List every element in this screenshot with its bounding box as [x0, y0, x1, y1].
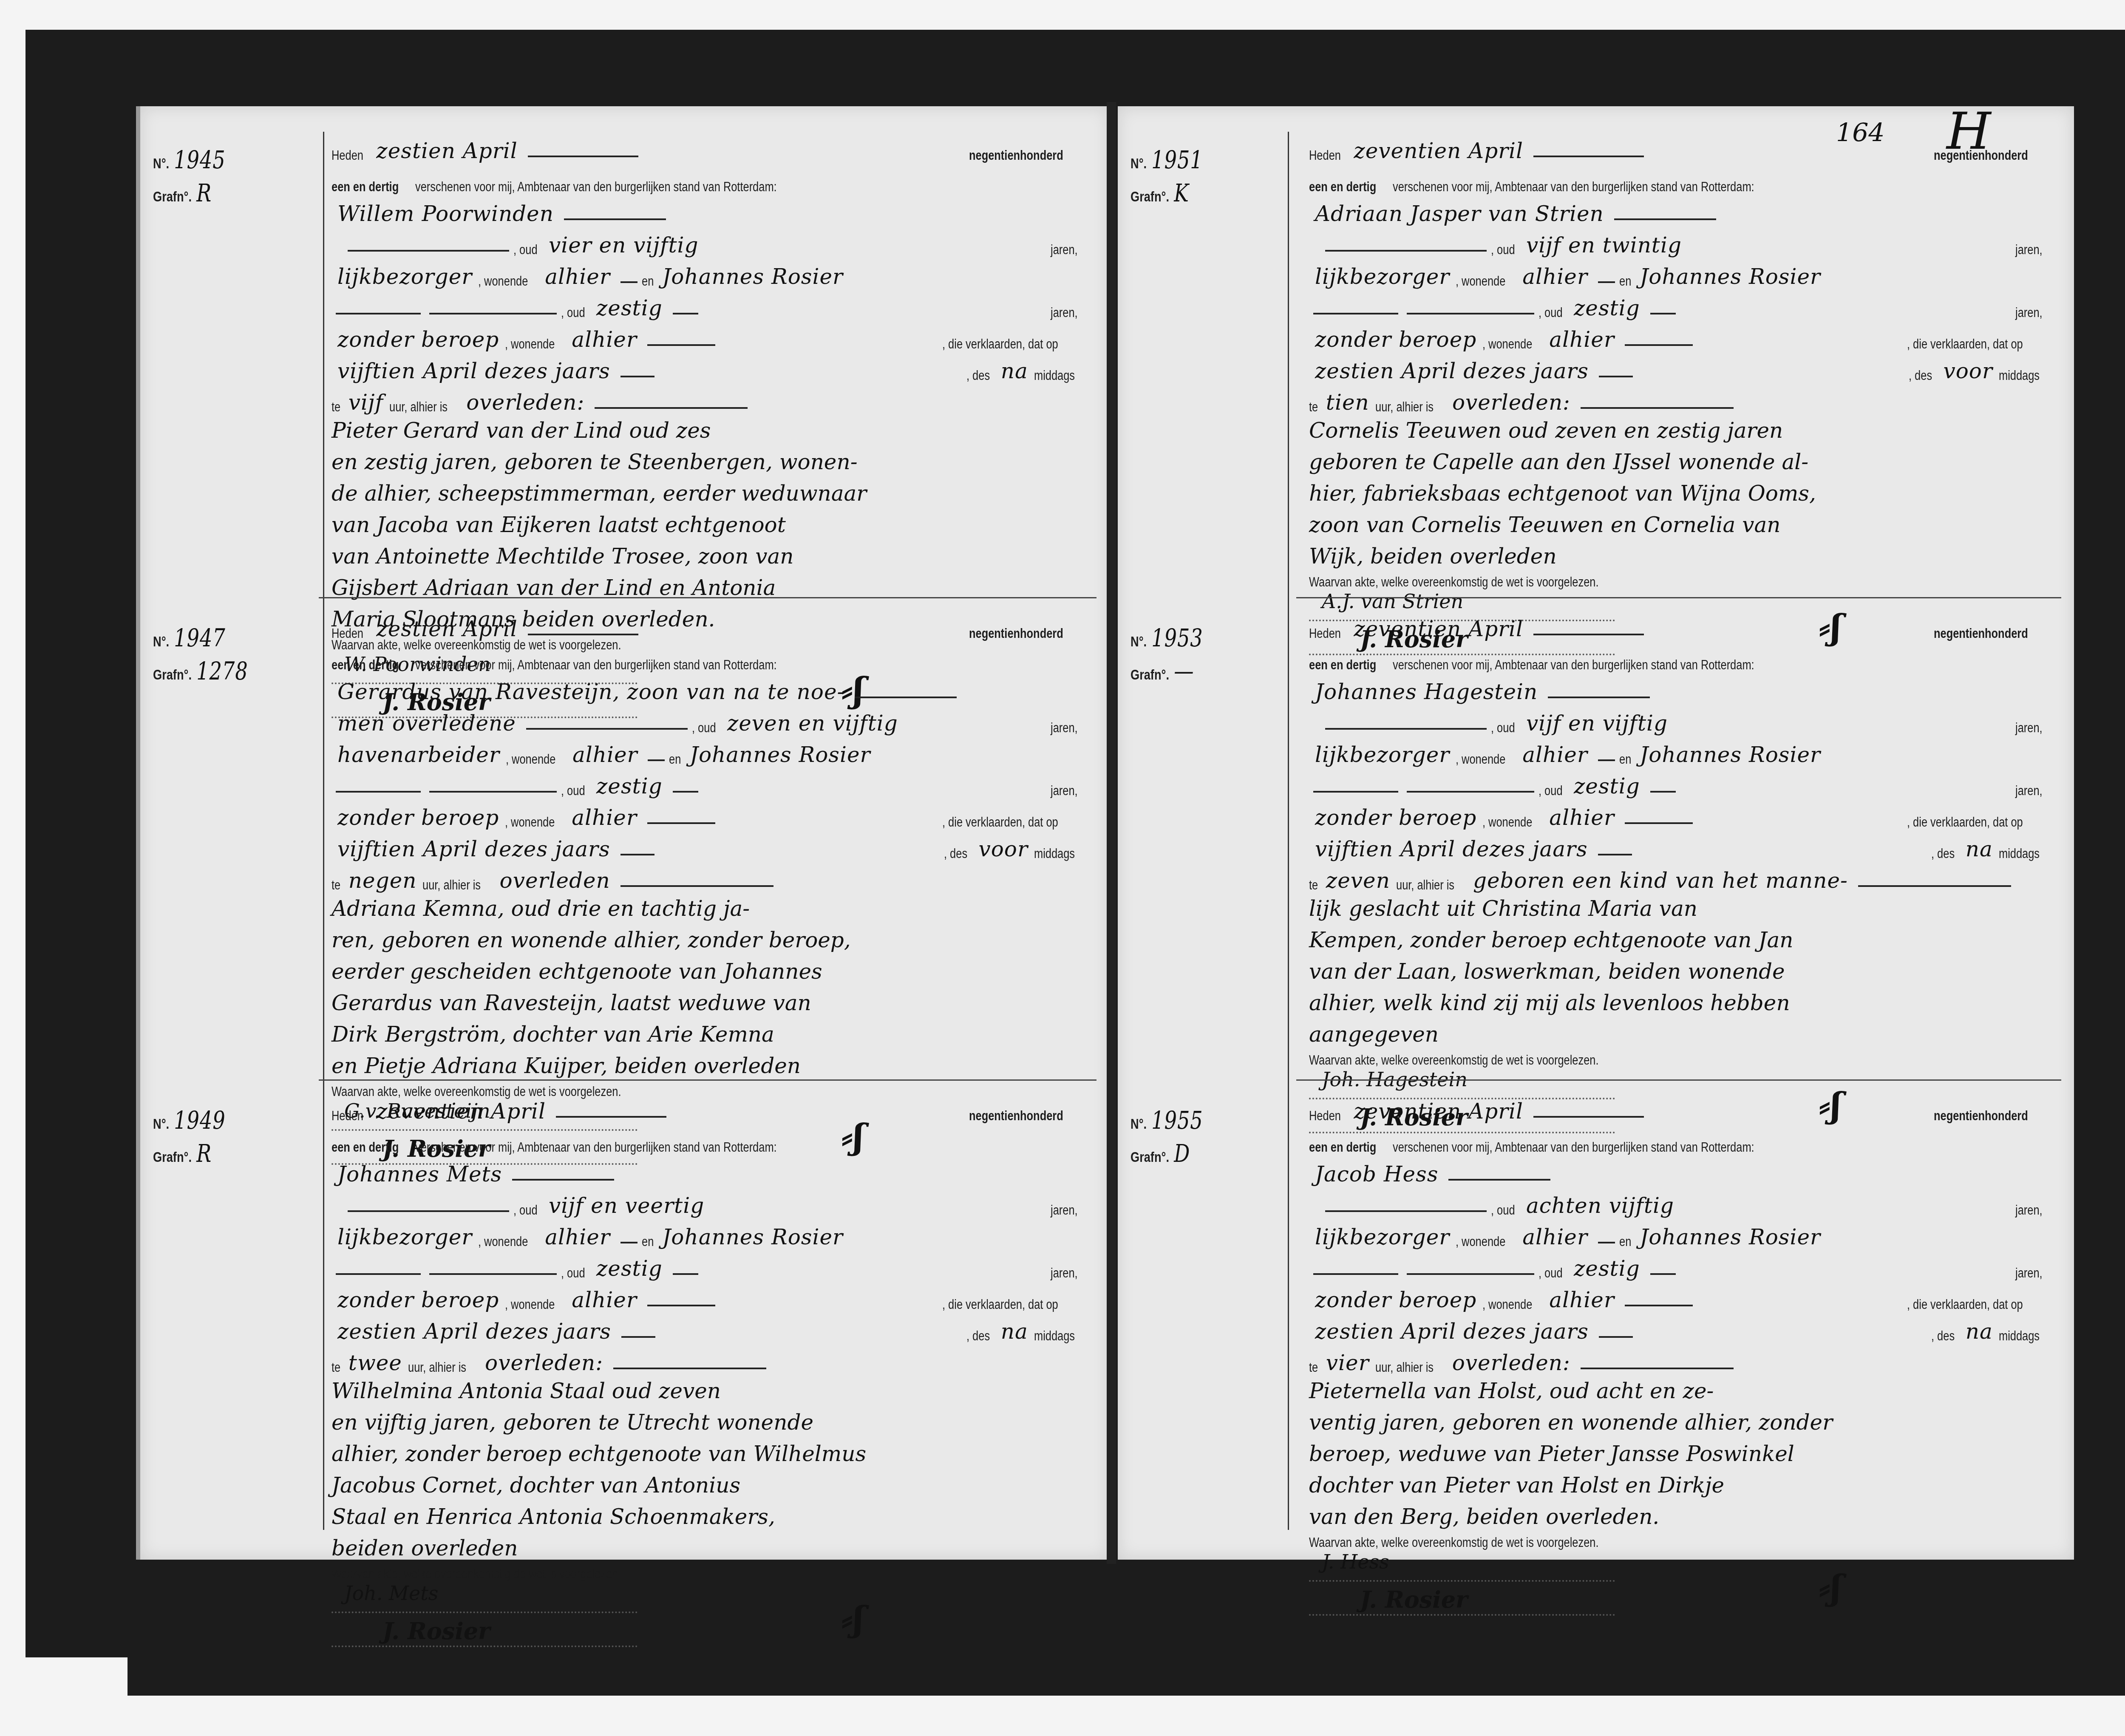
declarant1-residence: alhier	[1522, 742, 1588, 767]
declarant1-occupation: havenarbeider	[337, 742, 500, 767]
label-heden: Heden	[331, 1108, 363, 1124]
hour: vier	[1326, 1351, 1369, 1375]
declarant2-residence: alhier	[572, 1288, 637, 1312]
declarant2-occupation: zonder beroep	[337, 805, 499, 830]
label-year: negentienhonderd	[1934, 148, 2028, 163]
deceased-text-line: Cornelis Teeuwen oud zeven en zestig jar…	[1309, 415, 2048, 446]
entry-number: N°.1949	[153, 1106, 226, 1135]
death-certificate-entry: N°.1949 Grafn°.R Hedenzeventien Aprilneg…	[153, 1092, 1096, 1534]
label-appeared: verschenen voor mij, Ambtenaar van den b…	[415, 1140, 777, 1155]
hour: vijf	[348, 390, 383, 415]
declarant2-residence: alhier	[572, 327, 637, 352]
deceased-text-line: Wilhelmina Antonia Staal oud zeven	[331, 1375, 1084, 1407]
event-date: zestien April dezes jaars	[337, 1319, 611, 1344]
declarant2-signature: J. Rosier	[382, 1617, 490, 1645]
declarant1-name: Johannes Mets	[337, 1162, 502, 1187]
declarant1-signature: A.J. van Strien	[1322, 590, 1463, 613]
death-certificate-entry: N°.1951 Grafn°.K Hedenzeventien Aprilneg…	[1130, 132, 2061, 574]
label-heden: Heden	[331, 148, 363, 163]
event-date: vijftien April dezes jaars	[337, 359, 610, 383]
declarant1-occupation: lijkbezorger	[1315, 1225, 1450, 1249]
deceased-text-line: Wijk, beiden overleden	[1309, 541, 2048, 572]
label-heden: Heden	[331, 626, 363, 641]
deceased-text-line: dochter van Pieter van Holst en Dirkje	[1309, 1470, 2048, 1501]
deceased-text-line: Pieternella van Holst, oud acht en ze-	[1309, 1375, 2048, 1407]
event-date: zestien April dezes jaars	[1315, 359, 1589, 383]
deceased-text-line: de alhier, scheepstimmerman, eerder wedu…	[331, 478, 1084, 509]
death-certificate-entry: N°.1945 Grafn°.R Hedenzestien Aprilnegen…	[153, 132, 1096, 574]
time-of-day: voor	[1943, 359, 1992, 383]
deceased-text-line: alhier, welk kind zij mij als levenloos …	[1309, 987, 2048, 1019]
declarant2-name: Johannes Rosier	[1640, 1225, 1821, 1249]
declarant1-name: Johannes Hagestein	[1315, 680, 1538, 704]
deceased-text-line: Jacobus Cornet, dochter van Antonius	[331, 1470, 1084, 1501]
event-date: zestien April dezes jaars	[1315, 1319, 1589, 1344]
death-certificate-entry: N°.1953 Grafn°.— Hedenzeventien Aprilneg…	[1130, 610, 2061, 1052]
declarant1-age: vijf en veertig	[549, 1193, 704, 1218]
grave-number: Grafn°.D	[1130, 1139, 1190, 1168]
deceased-text-line: en Pietje Adriana Kuijper, beiden overle…	[331, 1050, 1084, 1082]
deceased-text-line: alhier, zonder beroep echtgenoote van Wi…	[331, 1438, 1084, 1470]
label-heden: Heden	[1309, 1108, 1341, 1124]
declarant1-residence: alhier	[572, 742, 638, 767]
entry-body: Hedenzeventien Aprilnegentienhonderd een…	[1309, 1092, 2048, 1635]
declarant2-residence: alhier	[1549, 1288, 1615, 1312]
label-year-cont: een en dertig	[1309, 1140, 1376, 1155]
declarant2-residence: alhier	[1549, 327, 1615, 352]
declarant1-residence: alhier	[545, 264, 610, 289]
deceased-text-line: Adriana Kemna, oud drie en tachtig ja-	[331, 893, 1084, 924]
entry-separator	[1296, 597, 2061, 598]
grave-number: Grafn°.K	[1130, 178, 1189, 207]
declarant2-name: Johannes Rosier	[662, 1225, 843, 1249]
declarant2-signature: J. Rosier	[1360, 1586, 1468, 1613]
entry-number: N°.1947	[153, 623, 226, 652]
signatures: J. Hess J. Rosier ⸗ʃ	[1309, 1550, 2048, 1635]
declarant1-name: Adriaan Jasper van Strien	[1315, 201, 1604, 226]
declarant2-residence: alhier	[1549, 805, 1615, 830]
date-day-month: zestien April	[376, 139, 517, 163]
time-of-day: na	[1001, 1319, 1028, 1344]
hour: twee	[348, 1351, 402, 1375]
entry-number: N°.1955	[1130, 1106, 1203, 1135]
entry-body: Hedenzeventien Aprilnegentienhonderd een…	[1309, 610, 2048, 1153]
declarant1-occupation: lijkbezorger	[337, 264, 472, 289]
label-appeared: verschenen voor mij, Ambtenaar van den b…	[415, 657, 777, 673]
declarant1-age: achten vijftig	[1526, 1193, 1674, 1218]
time-of-day: voor	[978, 837, 1028, 861]
registrar-signature-icon: ⸗ʃ	[1819, 1567, 1842, 1608]
grave-number: Grafn°.—	[1130, 657, 1194, 685]
deceased-text-line: van Jacoba van Eijkeren laatst echtgenoo…	[331, 509, 1084, 541]
deceased-text-line: en zestig jaren, geboren te Steenbergen,…	[331, 446, 1084, 478]
label-heden: Heden	[1309, 148, 1341, 163]
time-of-day: na	[1966, 837, 1993, 861]
deceased-text-line: Gijsbert Adriaan van der Lind en Antonia	[331, 572, 1084, 603]
declarant2-name: Johannes Rosier	[1640, 264, 1821, 289]
entry-body: Hedenzeventien Aprilnegentienhonderd een…	[331, 1092, 1084, 1667]
declarant1-residence: alhier	[545, 1225, 610, 1249]
entry-number: N°.1945	[153, 145, 226, 174]
deceased-text-line: en vijftig jaren, geboren te Utrecht won…	[331, 1407, 1084, 1438]
left-page: N°.1945 Grafn°.R Hedenzestien Aprilnegen…	[140, 106, 1109, 1560]
date-day-month: zeventien April	[1354, 1099, 1523, 1124]
deceased-text-line: van der Laan, loswerkman, beiden wonende	[1309, 956, 2048, 987]
entry-body: Hedenzeventien Aprilnegentienhonderd een…	[1309, 132, 2048, 675]
event-word: overleden:	[1452, 390, 1570, 415]
grave-number: Grafn°.R	[153, 1139, 212, 1168]
closing-formula: Waarvan akte, welke overeenkomstig de we…	[1309, 1053, 1599, 1068]
signatures: Joh. Mets J. Rosier ⸗ʃ	[331, 1582, 1084, 1667]
label-year-cont: een en dertig	[331, 179, 399, 195]
event-word: geboren een kind van het manne-	[1473, 868, 1848, 893]
declarant1-residence: alhier	[1522, 264, 1588, 289]
date-day-month: zeventien April	[1354, 617, 1523, 641]
label-year-cont: een en dertig	[331, 657, 399, 673]
entry-number: N°.1951	[1130, 145, 1203, 174]
event-word: overleden	[500, 868, 610, 893]
deceased-details: lijk geslacht uit Christina Maria vanKem…	[1309, 893, 2048, 1050]
deceased-text-line: hier, fabrieksbaas echtgenoot van Wijna …	[1309, 478, 2048, 509]
entry-separator	[1296, 1079, 2061, 1081]
deceased-text-line: Kempen, zonder beroep echtgenoote van Ja…	[1309, 924, 2048, 956]
deceased-text-line: lijk geslacht uit Christina Maria van	[1309, 893, 2048, 924]
event-word: overleden:	[485, 1351, 603, 1375]
label-appeared: verschenen voor mij, Ambtenaar van den b…	[1393, 657, 1754, 673]
label-appeared: verschenen voor mij, Ambtenaar van den b…	[1393, 179, 1754, 195]
deceased-text-line: Staal en Henrica Antonia Schoenmakers,	[331, 1501, 1084, 1532]
entry-number: N°.1953	[1130, 623, 1203, 652]
book-spine	[1107, 102, 1116, 1564]
event-date: vijftien April dezes jaars	[1315, 837, 1588, 861]
label-year-cont: een en dertig	[1309, 657, 1376, 673]
death-certificate-entry: N°.1947 Grafn°.1278 Hedenzestien Aprilne…	[153, 610, 1096, 1052]
declarant2-age: zestig	[1574, 296, 1640, 320]
closing-formula: Waarvan akte, welke overeenkomstig de we…	[331, 1566, 621, 1582]
declarant2-residence: alhier	[572, 805, 637, 830]
declarant1-age: vijf en twintig	[1526, 233, 1682, 258]
declarant1-name: Gerardus van Ravesteijn, zoon van na te …	[337, 680, 844, 704]
event-word: overleden:	[466, 390, 584, 415]
declarant1-name: Willem Poorwinden	[337, 201, 554, 226]
declarant2-age: zestig	[1574, 1256, 1640, 1281]
declarant1-occupation: lijkbezorger	[1315, 264, 1450, 289]
deceased-details: Wilhelmina Antonia Staal oud zevenen vij…	[331, 1375, 1084, 1564]
hour: tien	[1326, 390, 1369, 415]
declarant1-age: vijf en vijftig	[1526, 711, 1668, 736]
declarant2-age: zestig	[596, 296, 663, 320]
declarant1-age: zeven en vijftig	[727, 711, 898, 736]
deceased-text-line: ren, geboren en wonende alhier, zonder b…	[331, 924, 1084, 956]
label-year: negentienhonderd	[969, 1108, 1063, 1124]
declarant1-signature: J. Hess	[1322, 1550, 1389, 1573]
declarant2-occupation: zonder beroep	[337, 327, 499, 352]
deceased-text-line: Dirk Bergström, dochter van Arie Kemna	[331, 1019, 1084, 1050]
closing-formula: Waarvan akte, welke overeenkomstig de we…	[1309, 1535, 1599, 1550]
deceased-text-line: Gerardus van Ravesteijn, laatst weduwe v…	[331, 987, 1084, 1019]
deceased-text-line: van Antoinette Mechtilde Trosee, zoon va…	[331, 541, 1084, 572]
label-heden: Heden	[1309, 626, 1341, 641]
deceased-details: Adriana Kemna, oud drie en tachtig ja-re…	[331, 893, 1084, 1082]
declarant2-name: Johannes Rosier	[690, 742, 871, 767]
deceased-text-line: beroep, weduwe van Pieter Jansse Poswink…	[1309, 1438, 2048, 1470]
event-word: overleden:	[1452, 1351, 1570, 1375]
hour: zeven	[1326, 868, 1390, 893]
grave-number: Grafn°.R	[153, 178, 212, 207]
declarant1-signature: Joh. Mets	[344, 1582, 438, 1605]
right-page: 164 H N°.1951 Grafn°.K Hedenzeventien Ap…	[1118, 106, 2074, 1560]
registrar-signature-icon: ⸗ʃ	[841, 1599, 864, 1639]
deceased-text-line: ventig jaren, geboren en wonende alhier,…	[1309, 1407, 2048, 1438]
label-year: negentienhonderd	[1934, 1108, 2028, 1124]
declarant2-age: zestig	[1574, 774, 1640, 799]
deceased-text-line: beiden overleden	[331, 1532, 1084, 1564]
declarant2-occupation: zonder beroep	[1315, 1288, 1476, 1312]
deceased-text-line: eerder gescheiden echtgenoote van Johann…	[331, 956, 1084, 987]
deceased-text-line: zoon van Cornelis Teeuwen en Cornelia va…	[1309, 509, 2048, 541]
label-year: negentienhonderd	[969, 148, 1063, 163]
deceased-text-line: van den Berg, beiden overleden.	[1309, 1501, 2048, 1532]
declarant1-residence: alhier	[1522, 1225, 1588, 1249]
label-year-cont: een en dertig	[1309, 179, 1376, 195]
time-of-day: na	[1001, 359, 1028, 383]
time-of-day: na	[1966, 1319, 1993, 1344]
declarant2-age: zestig	[596, 774, 663, 799]
label-appeared: verschenen voor mij, Ambtenaar van den b…	[415, 179, 777, 195]
declarant2-occupation: zonder beroep	[337, 1288, 499, 1312]
declarant2-name: Johannes Rosier	[662, 264, 843, 289]
declarant2-occupation: zonder beroep	[1315, 805, 1476, 830]
label-year: negentienhonderd	[969, 626, 1063, 641]
deceased-text-line: aangegeven	[1309, 1019, 2048, 1050]
deceased-text-line: geboren te Capelle aan den IJssel wonend…	[1309, 446, 2048, 478]
date-day-month: zeventien April	[1354, 139, 1523, 163]
entry-separator	[319, 597, 1096, 598]
deceased-details: Pieter Gerard van der Lind oud zesen zes…	[331, 415, 1084, 635]
closing-formula: Waarvan akte, welke overeenkomstig de we…	[1309, 575, 1599, 590]
declarant1-name-cont: men overledene	[337, 711, 516, 736]
declarant2-name: Johannes Rosier	[1640, 742, 1821, 767]
date-day-month: zeventien April	[376, 1099, 546, 1124]
declarant1-occupation: lijkbezorger	[1315, 742, 1450, 767]
deceased-details: Pieternella van Holst, oud acht en ze-ve…	[1309, 1375, 2048, 1532]
deceased-details: Cornelis Teeuwen oud zeven en zestig jar…	[1309, 415, 2048, 572]
declarant1-occupation: lijkbezorger	[337, 1225, 472, 1249]
grave-number: Grafn°.1278	[153, 657, 248, 685]
declarant2-occupation: zonder beroep	[1315, 327, 1476, 352]
label-appeared: verschenen voor mij, Ambtenaar van den b…	[1393, 1140, 1754, 1155]
entry-separator	[319, 1079, 1096, 1081]
date-day-month: zestien April	[376, 617, 517, 641]
hour: negen	[348, 868, 417, 893]
label-year: negentienhonderd	[1934, 626, 2028, 641]
declarant2-age: zestig	[596, 1256, 663, 1281]
event-date: vijftien April dezes jaars	[337, 837, 610, 861]
declarant1-age: vier en vijftig	[549, 233, 699, 258]
declarant1-name: Jacob Hess	[1315, 1162, 1438, 1187]
label-year-cont: een en dertig	[331, 1140, 399, 1155]
death-certificate-entry: N°.1955 Grafn°.D Hedenzeventien Aprilneg…	[1130, 1092, 2061, 1534]
deceased-text-line: Pieter Gerard van der Lind oud zes	[331, 415, 1084, 446]
